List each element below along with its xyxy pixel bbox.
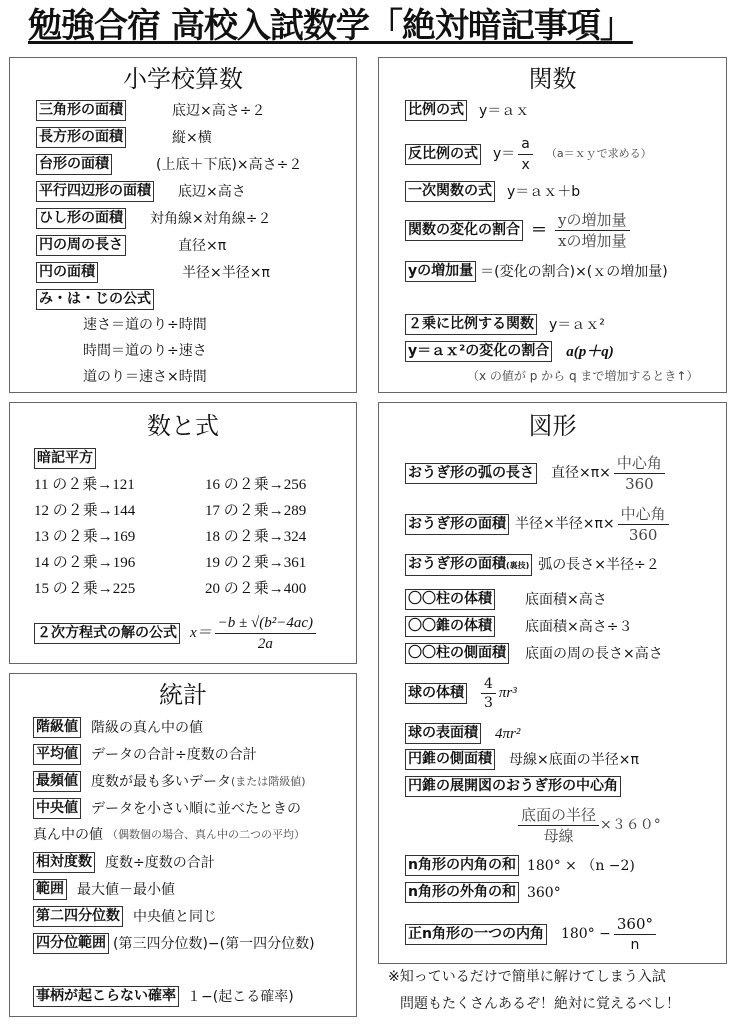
formula-row: ひし形の面積 対角線×対角線÷２ [36,208,271,229]
formula-row: n角形の外角の和 360° [405,882,561,903]
formula-row: 範囲 最大値－最小値 [33,879,175,900]
formula-row: 台形の面積 (上底＋下底)×高さ÷２ [36,154,302,175]
formula-label: 比例の式 [405,100,467,121]
formula-label: 〇〇柱の側面積 [405,643,509,664]
formula-row: 〇〇柱の側面積 底面の周の長さ×高さ [405,643,663,664]
formula-label: 〇〇柱の体積 [405,589,495,610]
formula-label: 四分位範囲 [33,933,109,954]
fraction-denominator: 3 [481,694,496,712]
formula-value: １−(起こる確率) [187,987,294,1007]
formula-label: 球の体積 [405,683,467,704]
square-item: 15 の２乗→225 [34,576,135,602]
formula-label: 台形の面積 [36,154,112,175]
formula-note: (または階級値) [231,772,306,792]
formula-row: 円の面積 半径×半径×π [36,262,270,283]
formula-label: 階級値 [33,717,81,738]
formula-label: 第二四分位数 [33,906,123,927]
formula-row: 中央値 データを小さい順に並べたときの [33,798,301,819]
formula-label: み・は・じの公式 [36,289,154,310]
formula-row: 長方形の面積 縦×横 [36,127,212,148]
formula-label: 範囲 [33,879,67,900]
footer-note-line: ※知っているだけで簡単に解けてしまう入試 [388,966,666,988]
formula-label: n角形の外角の和 [405,882,519,903]
formula-value: 4πr² [495,724,520,744]
formula-note: （a＝ｘｙで求める） [546,144,652,164]
panel-statistics: 統計 階級値 階級の真ん中の値 平均値 データの合計÷度数の合計 最頻値 度数が… [9,673,357,1017]
formula-row: 暗記平方 [34,448,96,469]
square-item: 19 の２乗→361 [205,550,306,576]
panel-heading: 図形 [379,411,726,441]
formula-row: おうぎ形の面積(裏技) 弧の長さ×半径÷２ [405,554,660,576]
fraction-denominator: x [518,155,532,175]
fraction-denominator: n [628,935,643,955]
fraction: 中心角 360 [618,504,669,545]
fraction: 中心角 360 [614,453,665,494]
panel-heading: 統計 [10,680,356,710]
fraction-denominator: xの増加量 [555,231,629,251]
formula-label: ひし形の面積 [36,208,126,229]
formula-label: 相対度数 [33,852,95,873]
formula-label: 一次関数の式 [405,181,495,202]
formula-label: 平均値 [33,744,81,765]
formula-row: 円錐の側面積 母線×底面の半径×π [405,749,639,770]
formula-row: ２次方程式の解の公式 x＝ −b ± √(b²−4ac) 2a [34,611,319,655]
formula-label: 平行四辺形の面積 [36,181,154,202]
fraction-denominator: 2a [255,634,276,654]
formula-label: 暗記平方 [34,448,96,469]
panel-geometry: 図形 おうぎ形の弧の長さ 直径×π× 中心角 360 おうぎ形の面積 半径×半径… [378,402,727,964]
square-item: 16 の２乗→256 [205,472,306,498]
square-item: 14 の２乗→196 [34,550,135,576]
formula-value: 底辺×高さ÷２ [172,101,265,121]
formula-value: 最大値－最小値 [77,880,175,900]
formula-row: yの増加量 ＝(変化の割合)×(ｘの増加量) [405,261,668,282]
fraction-denominator: 母線 [541,826,577,846]
fraction: −b ± √(b²−4ac) 2a [215,613,316,654]
formula-note: （x の値が p から q まで増加するとき↑） [467,366,698,386]
panel-heading: 小学校算数 [10,64,356,94]
formula-label: 円の面積 [36,262,98,283]
fraction: yの増加量 xの増加量 [555,210,629,251]
formula-label: ２次方程式の解の公式 [34,623,180,644]
fraction-numerator: yの増加量 [555,210,629,231]
formula-row: 関数の変化の割合 ＝ yの増加量 xの増加量 [405,208,633,252]
formula-row: 第二四分位数 中央値と同じ [33,906,217,927]
formula-value: y＝ａｘ [479,101,529,121]
formula-value: 縦×横 [172,128,212,148]
formula-value: 弧の長さ×半径÷２ [538,555,659,575]
formula-value: データを小さい順に並べたときの [91,799,301,819]
footer-note-line: 問題もたくさんあるぞ！絶対に覚えるべし！ [400,993,680,1015]
formula-row: 球の体積 4 3 πr³ [405,671,517,715]
formula-value: 底辺×高さ [178,182,246,202]
formula-lhs: x＝ [190,623,212,643]
square-item: 11 の２乗→121 [34,472,135,498]
formula-row: 円の周の長さ 直径×π [36,235,226,256]
formula-value: 母線×底面の半径×π [509,750,639,770]
formula-value: 階級の真ん中の値 [91,718,203,738]
formula-label: 反比例の式 [405,144,481,165]
formula-label: 長方形の面積 [36,127,126,148]
fraction-numerator: 底面の半径 [518,805,599,826]
fraction: 底面の半径 母線 [518,805,599,846]
formula-row: 階級値 階級の真ん中の値 [33,717,203,738]
panel-heading: 関数 [379,64,726,94]
formula-row: 〇〇錐の体積 底面積×高さ÷３ [405,616,632,637]
panel-functions: 関数 比例の式 y＝ａｘ 反比例の式 y＝ a x （a＝ｘｙで求める） 一次関… [378,57,727,393]
formula-value: (第三四分位数)−(第一四分位数) [113,934,315,954]
formula-value: (上底＋下底)×高さ÷２ [156,155,302,175]
formula-label: 事柄が起こらない確率 [33,986,179,1007]
formula-label: 球の表面積 [405,723,481,744]
formula-value: 対角線×対角線÷２ [150,209,271,229]
formula-label: n角形の内角の和 [405,855,519,876]
fraction-numerator: 4 [481,675,496,694]
fraction-numerator: 中心角 [618,504,669,525]
formula-value: y＝ａｘ＋b [507,182,580,202]
panel-elementary-math: 小学校算数 三角形の面積 底辺×高さ÷２ 長方形の面積 縦×横 台形の面積 (上… [9,57,357,393]
fraction-numerator: 中心角 [614,453,665,474]
formula-label: 円錐の展開図のおうぎ形の中心角 [405,776,621,797]
mihaji-line: 道のり＝速さ×時間 [83,367,207,387]
formula-label: 中央値 [33,798,81,819]
fraction-denominator: 360 [626,525,661,545]
formula-value: ×３６０° [600,815,661,835]
formula-value: データの合計÷度数の合計 [91,745,257,765]
formula-row: 円錐の展開図のおうぎ形の中心角 [405,776,621,797]
formula-row: 最頻値 度数が最も多いデータ (または階級値) [33,771,306,792]
formula-value: 直径×π× [551,463,611,483]
formula-value: a(p＋q) [566,342,614,362]
formula-row: 球の表面積 4πr² [405,723,520,744]
formula-value: 180° × （n −2) [527,856,635,876]
formula-row: 正n角形の一つの内角 180° − 360° n [405,911,659,957]
formula-row: 四分位範囲 (第三四分位数)−(第一四分位数) [33,933,315,954]
fraction-numerator: −b ± √(b²−4ac) [215,613,316,634]
label-tag: (裏技) [506,561,529,570]
formula-label: 円の周の長さ [36,235,126,256]
mihaji-line: 時間＝道のり÷速さ [83,341,207,361]
formula-value: 直径×π [178,236,226,256]
formula-label: 関数の変化の割合 [405,220,523,241]
formula-note: （偶数個の場合、真ん中の二つの平均） [107,825,305,845]
formula-value: 中央値と同じ [133,907,217,927]
panel-numbers-expressions: 数と式 暗記平方 11 の２乗→121 12 の２乗→144 13 の２乗→16… [9,402,357,664]
formula-row: 三角形の面積 底辺×高さ÷２ [36,100,265,121]
formula-row: 相対度数 度数÷度数の合計 [33,852,215,873]
formula-row: 〇〇柱の体積 底面積×高さ [405,589,607,610]
formula-value: 180° − [561,924,611,944]
formula-label: 三角形の面積 [36,100,126,121]
square-item: 13 の２乗→169 [34,524,135,550]
formula-value: ＝(変化の割合)×(ｘの増加量) [480,262,668,282]
mihaji-line: 速さ＝道のり÷時間 [83,315,207,335]
formula-label: 正n角形の一つの内角 [405,924,547,945]
formula-row: 反比例の式 y＝ a x （a＝ｘｙで求める） [405,134,652,174]
formula-continuation: 真ん中の値 （偶数個の場合、真ん中の二つの平均） [33,825,305,845]
square-item: 12 の２乗→144 [34,498,135,524]
formula-value: 底面の周の長さ×高さ [525,644,663,664]
square-item: 17 の２乗→289 [205,498,306,524]
formula-label: 〇〇錐の体積 [405,616,495,637]
formula-label: おうぎ形の面積 [405,514,509,535]
formula-value: 半径×半径×π [182,263,270,283]
formula-value: 360° [527,883,561,903]
formula-row: ２乗に比例する関数 y＝ａｘ² [405,314,605,335]
formula-value: πr³ [499,683,517,703]
formula-value: 真ん中の値 [33,825,103,845]
formula-label: 円錐の側面積 [405,749,495,770]
formula-value: 半径×半径×π× [515,514,615,534]
formula-row: 比例の式 y＝ａｘ [405,100,529,121]
formula-value: 度数が最も多いデータ [91,772,231,792]
squares-left-column: 11 の２乗→121 12 の２乗→144 13 の２乗→169 14 の２乗→… [34,472,135,602]
formula-row: y＝ａｘ²の変化の割合 a(p＋q) [405,341,614,362]
panel-heading: 数と式 [10,411,356,441]
equals-sign: ＝ [531,220,547,240]
label-text: おうぎ形の面積 [408,556,506,572]
formula-row: 事柄が起こらない確率 １−(起こる確率) [33,986,294,1007]
page-title: 勉強合宿 高校入試数学「絶対暗記事項」 [28,4,718,48]
formula-row: 平行四辺形の面積 底辺×高さ [36,181,246,202]
formula-label: yの増加量 [405,261,476,282]
formula-label: おうぎ形の弧の長さ [405,463,537,484]
formula-label: おうぎ形の面積(裏技) [405,554,532,576]
formula-label: y＝ａｘ²の変化の割合 [405,341,552,362]
formula-value: 底面積×高さ [525,590,607,610]
formula-value: 底面積×高さ÷３ [525,617,632,637]
squares-right-column: 16 の２乗→256 17 の２乗→289 18 の２乗→324 19 の２乗→… [205,472,306,602]
fraction-numerator: a [518,134,533,155]
fraction-numerator: 360° [614,914,656,935]
formula-value: y＝ａｘ² [549,315,605,335]
square-item: 18 の２乗→324 [205,524,306,550]
fraction: 360° n [614,914,656,955]
formula-row: 平均値 データの合計÷度数の合計 [33,744,257,765]
formula-row: おうぎ形の面積 半径×半径×π× 中心角 360 [405,502,672,546]
formula-row: 底面の半径 母線 ×３６０° [515,803,661,847]
fraction-denominator: 360 [622,474,657,494]
formula-row: おうぎ形の弧の長さ 直径×π× 中心角 360 [405,451,668,495]
formula-row: n角形の内角の和 180° × （n −2) [405,855,635,876]
formula-label: 最頻値 [33,771,81,792]
formula-label: ２乗に比例する関数 [405,314,537,335]
formula-row: 一次関数の式 y＝ａｘ＋b [405,181,580,202]
square-item: 20 の２乗→400 [205,576,306,602]
formula-lhs: y＝ [493,144,515,164]
formula-value: 度数÷度数の合計 [105,853,215,873]
fraction: a x [518,134,533,175]
formula-row: み・は・じの公式 [36,289,154,310]
fraction: 4 3 [481,675,496,712]
